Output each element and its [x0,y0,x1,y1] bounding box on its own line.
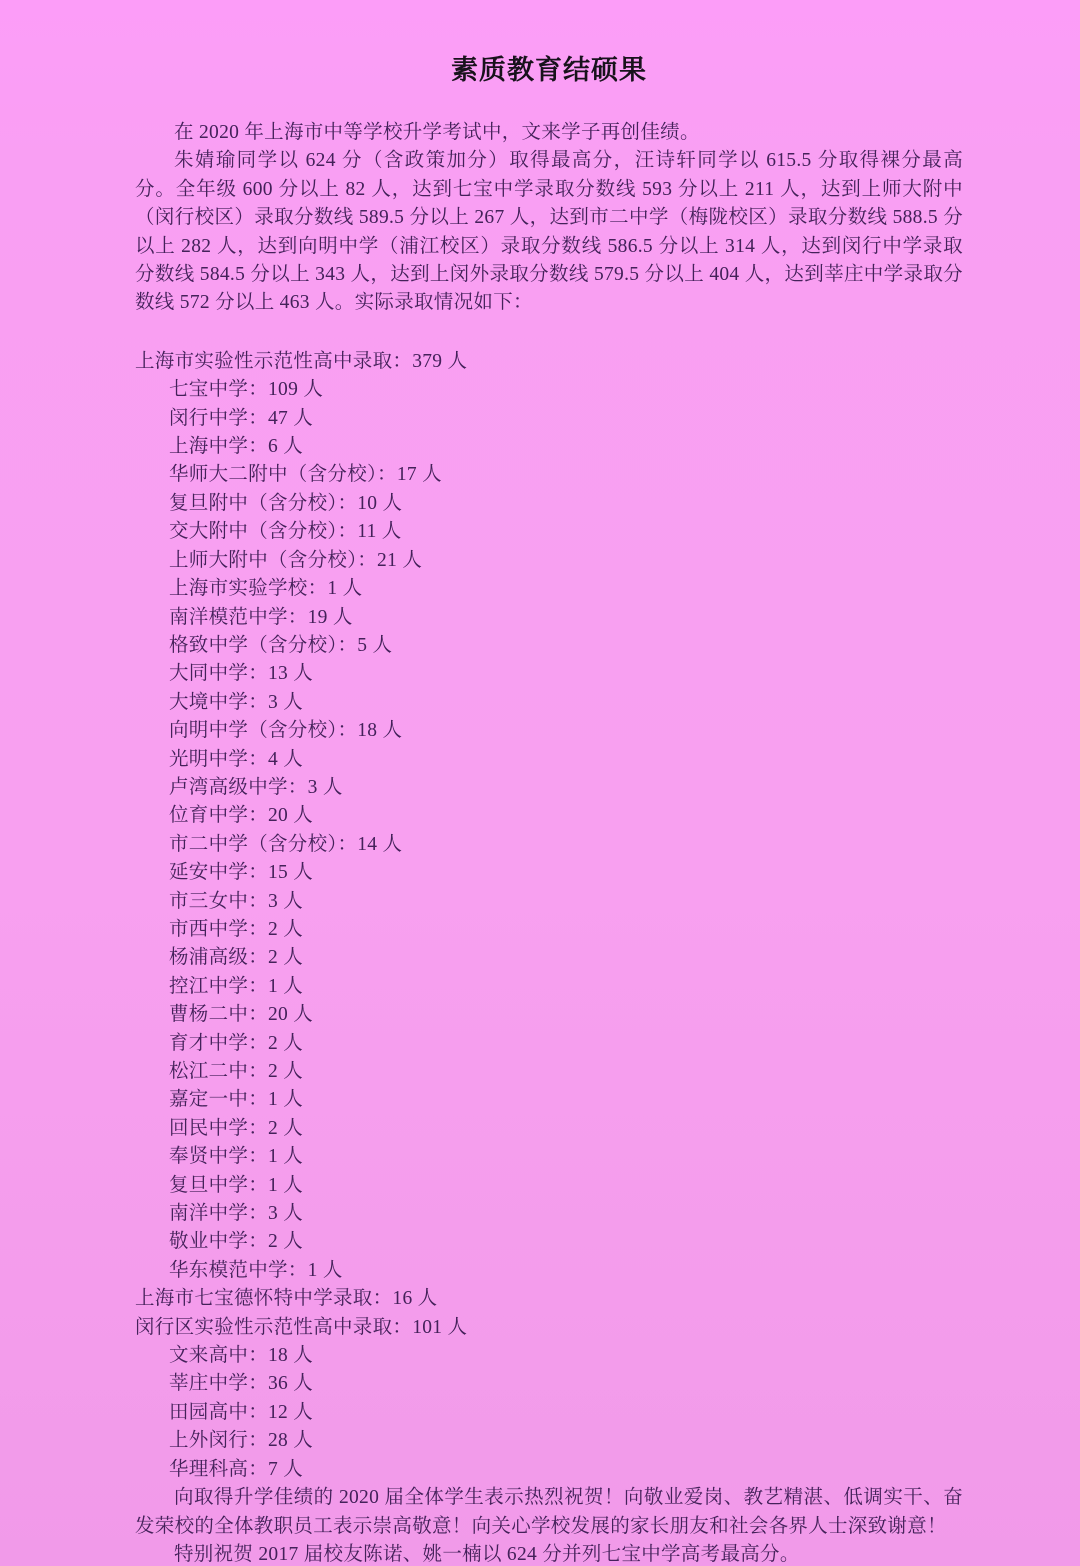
admission-group-heading: 上海市七宝德怀特中学录取：16 人 [135,1285,963,1313]
school-admission-row: 延安中学：15 人 [135,859,963,887]
school-admission-row: 莘庄中学：36 人 [135,1370,963,1398]
school-admission-row: 市三女中：3 人 [135,888,963,916]
school-admission-row: 大同中学：13 人 [135,660,963,688]
school-admission-row: 华师大二附中（含分校）：17 人 [135,461,963,489]
school-admission-row: 曹杨二中：20 人 [135,1001,963,1029]
school-admission-row: 南洋中学：3 人 [135,1200,963,1228]
school-admission-row: 上外闵行：28 人 [135,1427,963,1455]
school-admission-row: 复旦中学：1 人 [135,1172,963,1200]
school-admission-row: 控江中学：1 人 [135,973,963,1001]
intro-paragraph-1: 在 2020 年上海市中等学校升学考试中，文来学子再创佳绩。 [135,119,963,147]
school-admission-row: 育才中学：2 人 [135,1030,963,1058]
school-admission-row: 南洋模范中学：19 人 [135,604,963,632]
document-body: 素质教育结硕果 在 2020 年上海市中等学校升学考试中，文来学子再创佳绩。 朱… [135,48,963,1566]
document-page: 素质教育结硕果 在 2020 年上海市中等学校升学考试中，文来学子再创佳绩。 朱… [0,0,1080,1566]
school-admission-row: 上海中学：6 人 [135,433,963,461]
school-admission-row: 敬业中学：2 人 [135,1228,963,1256]
admission-group: 上海市七宝德怀特中学录取：16 人 [135,1285,963,1313]
school-admission-row: 市二中学（含分校）：14 人 [135,831,963,859]
school-admission-row: 七宝中学：109 人 [135,376,963,404]
closing-paragraph-2: 特别祝贺 2017 届校友陈诺、姚一楠以 624 分并列七宝中学高考最高分。 [135,1541,963,1566]
school-admission-row: 卢湾高级中学：3 人 [135,774,963,802]
school-admission-row: 向明中学（含分校）：18 人 [135,717,963,745]
admission-group-heading: 闵行区实验性示范性高中录取：101 人 [135,1314,963,1342]
school-admission-row: 上师大附中（含分校）：21 人 [135,547,963,575]
school-admission-row: 大境中学：3 人 [135,689,963,717]
school-admission-row: 文来高中：18 人 [135,1342,963,1370]
admission-group-heading: 上海市实验性示范性高中录取：379 人 [135,348,963,376]
admission-group: 闵行区实验性示范性高中录取：101 人文来高中：18 人莘庄中学：36 人田园高… [135,1314,963,1484]
school-admission-row: 华东模范中学：1 人 [135,1257,963,1285]
admission-group: 上海市实验性示范性高中录取：379 人七宝中学：109 人闵行中学：47 人上海… [135,348,963,1285]
intro-paragraph-2: 朱婧瑜同学以 624 分（含政策加分）取得最高分，汪诗轩同学以 615.5 分取… [135,147,963,317]
school-admission-row: 田园高中：12 人 [135,1399,963,1427]
school-admission-row: 杨浦高级：2 人 [135,944,963,972]
school-admission-row: 位育中学：20 人 [135,802,963,830]
school-admission-row: 嘉定一中：1 人 [135,1086,963,1114]
school-admission-row: 奉贤中学：1 人 [135,1143,963,1171]
school-admission-row: 交大附中（含分校）：11 人 [135,518,963,546]
admission-groups: 上海市实验性示范性高中录取：379 人七宝中学：109 人闵行中学：47 人上海… [135,348,963,1484]
school-admission-row: 华理科高：7 人 [135,1456,963,1484]
school-admission-row: 市西中学：2 人 [135,916,963,944]
school-admission-row: 复旦附中（含分校）：10 人 [135,490,963,518]
school-admission-row: 回民中学：2 人 [135,1115,963,1143]
school-admission-row: 上海市实验学校：1 人 [135,575,963,603]
school-admission-row: 闵行中学：47 人 [135,405,963,433]
school-admission-row: 松江二中：2 人 [135,1058,963,1086]
school-admission-row: 光明中学：4 人 [135,746,963,774]
school-admission-row: 格致中学（含分校）：5 人 [135,632,963,660]
page-title: 素质教育结硕果 [135,48,963,87]
closing-paragraph-1: 向取得升学佳绩的 2020 届全体学生表示热烈祝贺！向敬业爱岗、教艺精湛、低调实… [135,1484,963,1541]
